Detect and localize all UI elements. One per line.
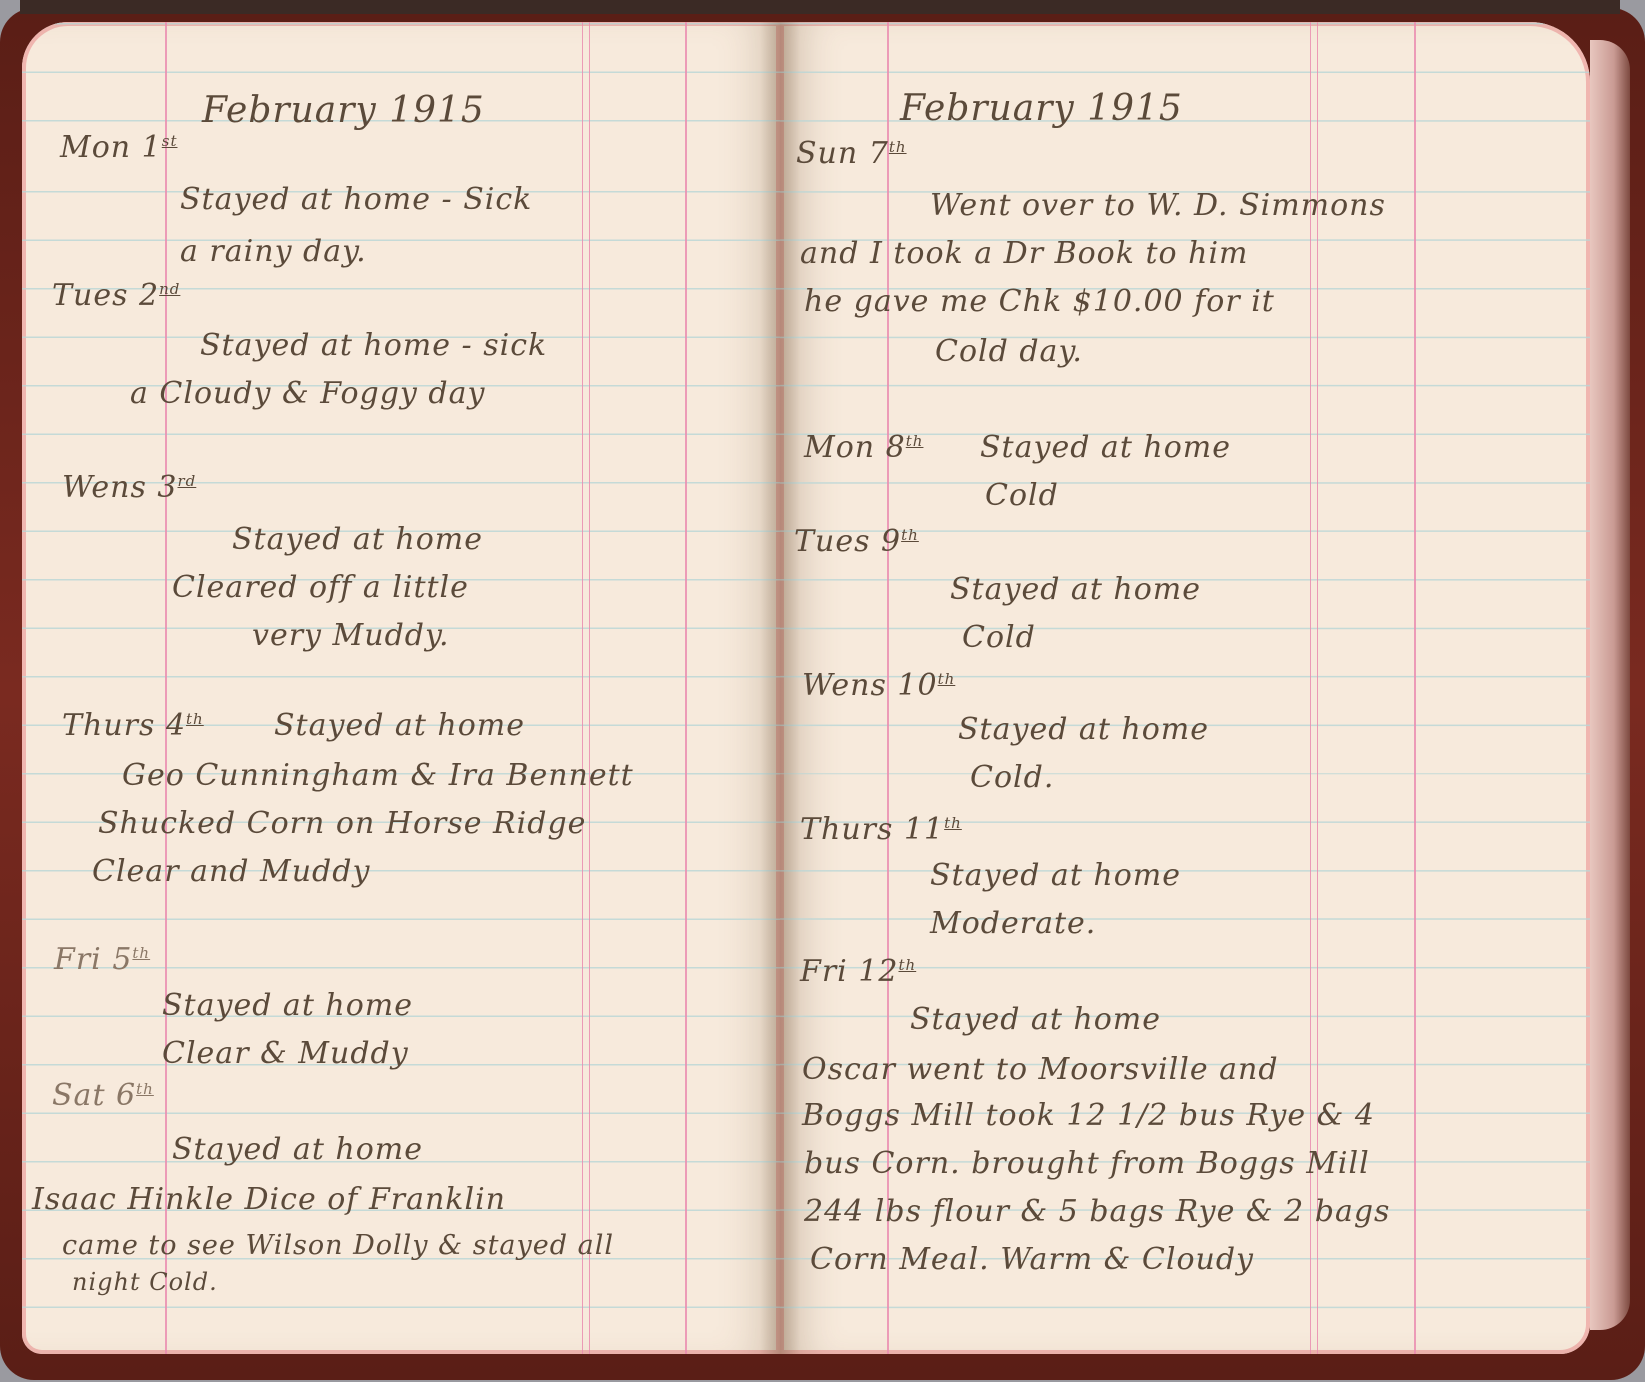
cover-top-edge: [20, 0, 1620, 14]
entry-date: Tues 2nd: [52, 278, 180, 313]
entry-date: Fri 12th: [800, 954, 916, 989]
entry-line: a Cloudy & Foggy day: [130, 376, 485, 411]
entry-line: Stayed at home: [232, 522, 483, 557]
entry-date: Thurs 11th: [800, 812, 962, 847]
entry-line: Cold: [962, 620, 1036, 655]
entry-date: Thurs 4th: [62, 708, 204, 743]
column-line: [1414, 22, 1416, 1354]
entry-line: Stayed at home - Sick: [180, 182, 532, 217]
entry-date: Fri 5th: [54, 942, 150, 977]
entry-line: Stayed at home: [950, 572, 1201, 607]
entry-line: Went over to W. D. Simmons: [930, 188, 1386, 223]
column-line: [685, 22, 687, 1354]
entry-line: Stayed at home: [930, 858, 1181, 893]
entry-line: a rainy day.: [180, 234, 367, 269]
entry-line: very Muddy.: [252, 618, 449, 653]
entry-line: Stayed at home: [958, 712, 1209, 747]
entry-date: Mon 8th: [804, 430, 923, 465]
entry-line: Moderate.: [930, 906, 1096, 941]
left-page: February 1915 Mon 1st Stayed at home - S…: [22, 22, 780, 1354]
entry-line: Isaac Hinkle Dice of Franklin: [32, 1182, 506, 1217]
entry-line: and I took a Dr Book to him: [800, 236, 1248, 271]
entry-line: Cold: [985, 478, 1059, 513]
entry-line: Clear and Muddy: [92, 854, 370, 889]
entry-line: night Cold.: [72, 1268, 218, 1296]
entry-line: Geo Cunningham & Ira Bennett: [122, 758, 634, 793]
entry-line: Stayed at home - sick: [200, 328, 547, 363]
date-margin-line: [165, 22, 167, 1354]
page-heading: February 1915: [900, 88, 1183, 129]
entry-date: Sun 7th: [796, 136, 907, 171]
entry-line: came to see Wilson Dolly & stayed all: [62, 1230, 614, 1261]
entry-line: Cold day.: [935, 334, 1083, 369]
entry-line: Stayed at home: [910, 1002, 1161, 1037]
page-heading: February 1915: [202, 90, 485, 131]
page-block-edge: [1590, 40, 1630, 1330]
entry-line: Stayed at home: [274, 708, 525, 743]
entry-date: Wens 10th: [802, 668, 955, 703]
entry-line: Oscar went to Moorsville and: [802, 1052, 1279, 1087]
book-gutter: [760, 22, 800, 1354]
entry-line: Stayed at home: [172, 1132, 423, 1167]
entry-date: Wens 3rd: [62, 470, 196, 505]
entry-line: Clear & Muddy: [162, 1036, 409, 1071]
entry-line: Corn Meal. Warm & Cloudy: [810, 1242, 1254, 1277]
entry-line: Stayed at home: [980, 430, 1231, 465]
entry-line: 244 lbs flour & 5 bags Rye & 2 bags: [804, 1194, 1390, 1229]
entry-line: he gave me Chk $10.00 for it: [804, 284, 1275, 319]
entry-line: Stayed at home: [162, 988, 413, 1023]
entry-date: Mon 1st: [60, 130, 177, 165]
entry-line: Boggs Mill took 12 1/2 bus Rye & 4: [802, 1098, 1375, 1133]
entry-line: Cold.: [970, 760, 1054, 795]
entry-line: bus Corn. brought from Boggs Mill: [804, 1146, 1370, 1181]
entry-date: Tues 9th: [794, 524, 919, 559]
entry-line: Cleared off a little: [172, 570, 469, 605]
right-page: February 1915 Sun 7th Went over to W. D.…: [780, 22, 1590, 1354]
column-line: [582, 22, 590, 1354]
entry-line: Shucked Corn on Horse Ridge: [98, 806, 586, 841]
entry-date: Sat 6th: [52, 1078, 154, 1113]
